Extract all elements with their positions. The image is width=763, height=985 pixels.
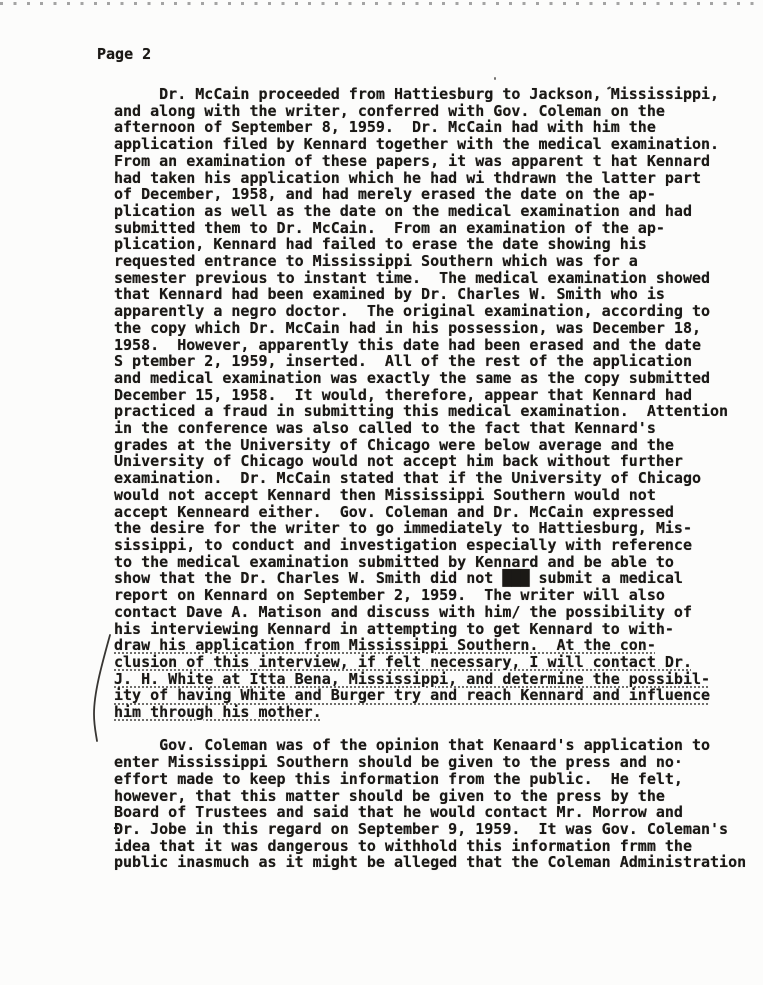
text-line: the desire for the writer to go immediat… <box>114 520 746 537</box>
text-line: contact Dave A. Matison and discuss with… <box>114 604 746 621</box>
text-line: would not accept Kennard then Mississipp… <box>114 487 746 504</box>
scanned-document-page: Page 2 Dr. McCain proceeded from Hatties… <box>0 0 763 985</box>
text-line: in the conference was also called to the… <box>114 420 746 437</box>
text-line: the copy which Dr. McCain had in his pos… <box>114 320 746 337</box>
text-line: public inasmuch as it might be alleged t… <box>114 854 746 871</box>
text-line: and medical examination was exactly the … <box>114 370 746 387</box>
text-line: and along with the writer, conferred wit… <box>114 103 746 120</box>
text-line: that Kennard had been examined by Dr. Ch… <box>114 286 746 303</box>
text-line: practiced a fraud in submitting this med… <box>114 403 746 420</box>
text-line: ity of having White and Burger try and r… <box>114 687 746 704</box>
ink-speck <box>494 77 496 80</box>
text-line: to the medical examination submitted by … <box>114 554 746 571</box>
text-line: examination. Dr. McCain stated that if t… <box>114 470 746 487</box>
text-line: submitted them to Dr. McCain. From an ex… <box>114 220 746 237</box>
text-line: show that the Dr. Charles W. Smith did n… <box>114 570 746 587</box>
text-line: University of Chicago would not accept h… <box>114 453 746 470</box>
text-line: afternoon of September 8, 1959. Dr. McCa… <box>114 119 746 136</box>
handwritten-margin-mark <box>84 630 116 746</box>
text-line: accept Kenneard either. Gov. Coleman and… <box>114 504 746 521</box>
text-line: idea that it was dangerous to withhold t… <box>114 838 746 855</box>
text-line: effort made to keep this information fro… <box>114 771 746 788</box>
text-line: Ðr. Jobe in this regard on September 9, … <box>114 821 746 838</box>
text-line: him through his mother. <box>114 704 746 721</box>
text-line: From an examination of these papers, it … <box>114 153 746 170</box>
page-number-label: Page 2 <box>97 46 151 63</box>
text-line: report on Kennard on September 2, 1959. … <box>114 587 746 604</box>
paragraph-1: Dr. McCain proceeded from Hattiesburg to… <box>114 86 746 721</box>
text-line: plication as well as the date on the med… <box>114 203 746 220</box>
text-line: sissippi, to conduct and investigation e… <box>114 537 746 554</box>
text-line: S ptember 2, 1959, inserted. All of the … <box>114 353 746 370</box>
text-line: 1958. However, apparently this date had … <box>114 337 746 354</box>
text-line: December 15, 1958. It would, therefore, … <box>114 387 746 404</box>
text-line: Gov. Coleman was of the opinion that Ken… <box>114 737 746 754</box>
text-line: his interviewing Kennard in attempting t… <box>114 621 746 638</box>
text-line: plication, Kennard had failed to erase t… <box>114 236 746 253</box>
document-body: Dr. McCain proceeded from Hattiesburg to… <box>114 86 746 871</box>
text-line: draw his application from Mississippi So… <box>114 637 746 654</box>
text-line: J. H. White at Itta Bena, Mississippi, a… <box>114 671 746 688</box>
text-line: Board of Trustees and said that he would… <box>114 804 746 821</box>
text-line: of December, 1958, and had merely erased… <box>114 186 746 203</box>
text-line: requested entrance to Mississippi Southe… <box>114 253 746 270</box>
text-line: semester previous to instant time. The m… <box>114 270 746 287</box>
text-line: grades at the University of Chicago were… <box>114 437 746 454</box>
text-line: Dr. McCain proceeded from Hattiesburg to… <box>114 86 746 103</box>
scan-edge-dots <box>0 2 763 5</box>
text-line: however, that this matter should be give… <box>114 788 746 805</box>
text-line: enter Mississippi Southern should be giv… <box>114 754 746 771</box>
text-line: had taken his application which he had w… <box>114 170 746 187</box>
text-line: clusion of this interview, if felt neces… <box>114 654 746 671</box>
paragraph-2: Gov. Coleman was of the opinion that Ken… <box>114 737 746 871</box>
text-line: application filed by Kennard together wi… <box>114 136 746 153</box>
text-line: apparently a negro doctor. The original … <box>114 303 746 320</box>
